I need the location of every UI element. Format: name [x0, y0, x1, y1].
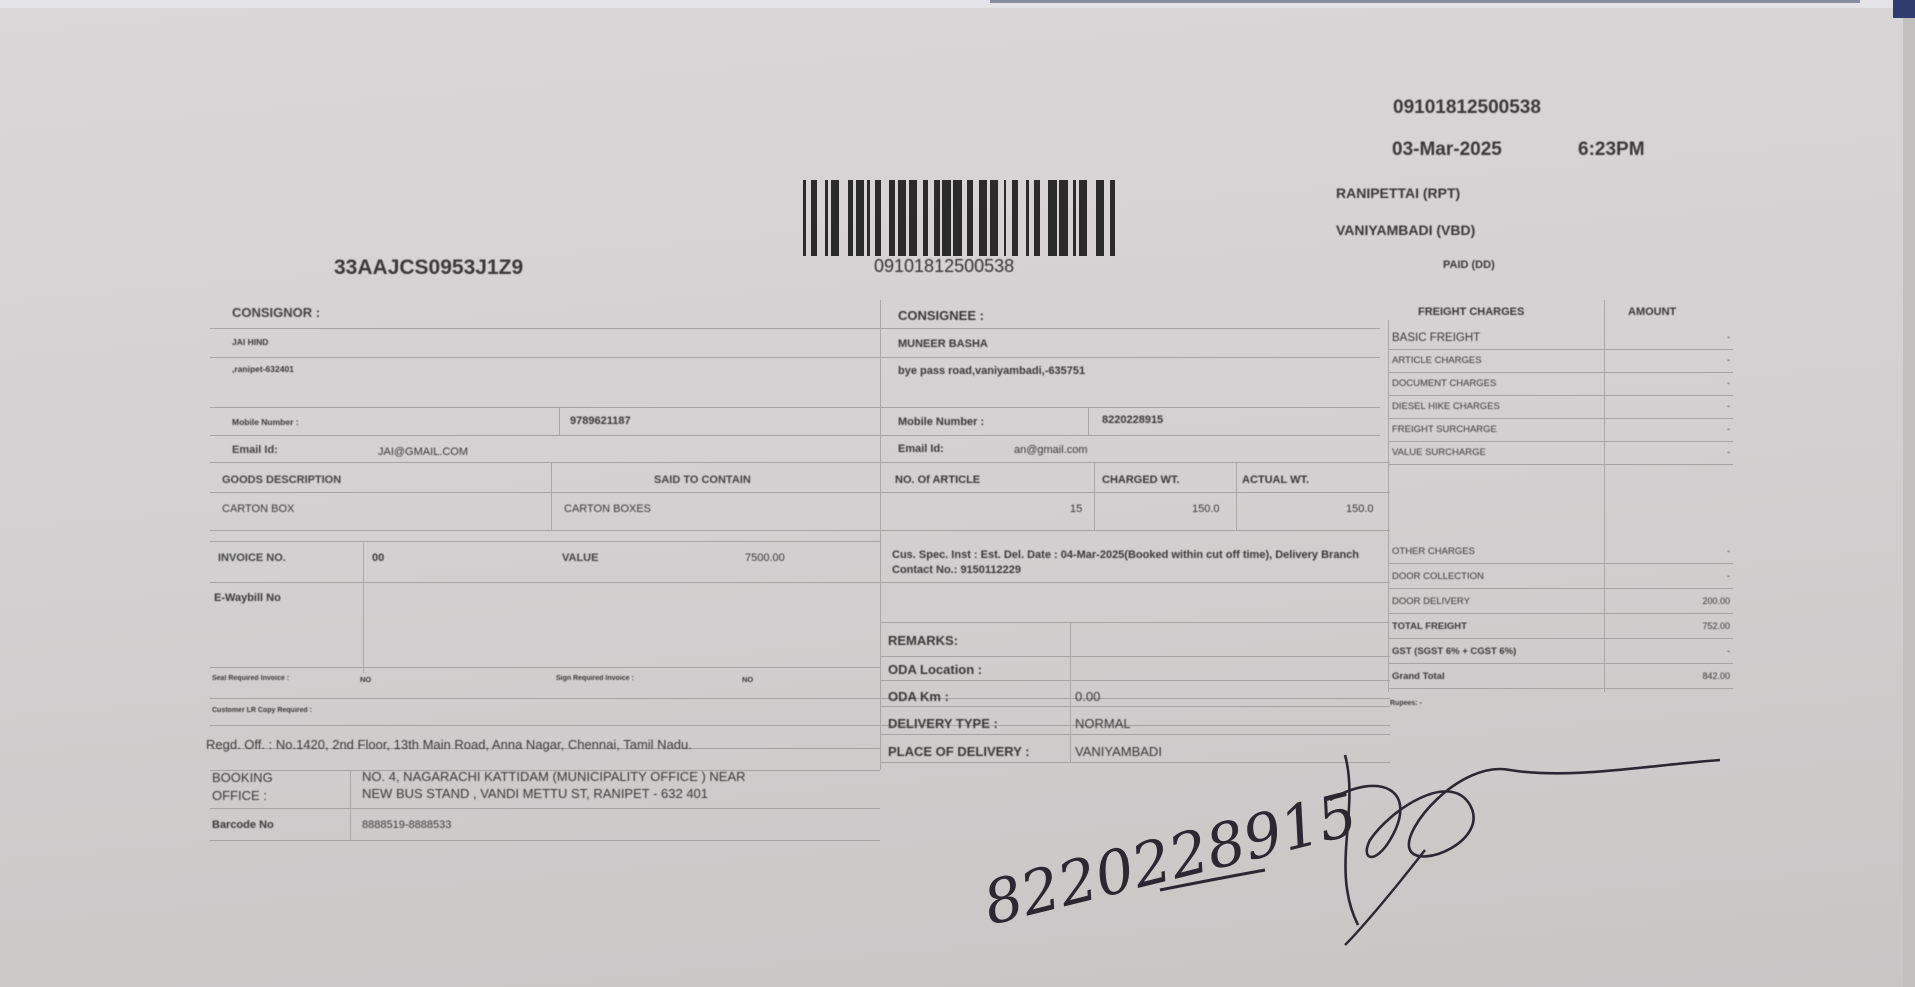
booking-office-line-1: NO. 4, NAGARACHI KATTIDAM (MUNICIPALITY … [362, 769, 746, 784]
said-to-contain: CARTON BOXES [564, 503, 651, 515]
oda-km-label: ODA Km : [888, 689, 949, 704]
remarks-label: REMARKS: [888, 633, 958, 648]
consignor-name: JAI HIND [232, 337, 268, 347]
charge-amount: - [1650, 401, 1730, 411]
charge-amount: 842.00 [1650, 671, 1730, 681]
charge-amount: - [1650, 378, 1730, 388]
charge-label: FREIGHT SURCHARGE [1392, 424, 1497, 435]
consignor-email-label: Email Id: [232, 444, 278, 456]
charge-label: DOCUMENT CHARGES [1392, 378, 1496, 389]
actual-weight-label: ACTUAL WT. [1242, 474, 1309, 486]
consignor-email: JAI@GMAIL.COM [378, 446, 468, 458]
oda-km: 0.00 [1075, 689, 1100, 704]
booking-office-label-2: OFFICE : [212, 788, 267, 803]
charge-label: DIESEL HIKE CHARGES [1392, 401, 1500, 412]
articles-label: NO. Of ARTICLE [895, 474, 980, 486]
value-label: VALUE [562, 552, 598, 564]
special-instructions: Cus. Spec. Inst : Est. Del. Date : 04-Ma… [892, 548, 1372, 578]
lr-number: 09101812500538 [1393, 97, 1541, 119]
charge-amount: - [1650, 571, 1730, 581]
lr-document: 09101812500538 03-Mar-2025 6:23PM RANIPE… [0, 0, 1915, 987]
invoice-no-label: INVOICE NO. [218, 552, 286, 564]
amount-header: AMOUNT [1628, 306, 1676, 318]
charge-amount: - [1650, 447, 1730, 457]
barcode-no-label: Barcode No [212, 819, 274, 831]
from-station: RANIPETTAI (RPT) [1336, 185, 1460, 201]
charge-amount: - [1650, 646, 1730, 656]
charge-label: TOTAL FREIGHT [1392, 621, 1467, 632]
ewaybill-label: E-Waybill No [214, 592, 281, 604]
charge-amount: - [1650, 355, 1730, 365]
charge-amount: - [1650, 424, 1730, 434]
charge-amount: - [1650, 332, 1730, 342]
consignee-mobile-label: Mobile Number : [898, 416, 984, 428]
freight-charges-header: FREIGHT CHARGES [1418, 306, 1524, 318]
charge-label: BASIC FREIGHT [1392, 332, 1480, 344]
delivery-type-label: DELIVERY TYPE : [888, 716, 998, 731]
top-rule [990, 0, 1860, 3]
charged-weight: 150.0 [1192, 503, 1220, 515]
svg-text:8220228915: 8220228915 [977, 779, 1364, 939]
charge-label: VALUE SURCHARGE [1392, 447, 1486, 458]
regd-office: Regd. Off. : No.1420, 2nd Floor, 13th Ma… [206, 737, 692, 752]
gstin: 33AAJCS0953J1Z9 [334, 256, 523, 280]
consignee-mobile: 8220228915 [1102, 414, 1163, 426]
consignee-name: MUNEER BASHA [898, 338, 988, 350]
invoice-value: 7500.00 [745, 552, 785, 564]
goods-description-label: GOODS DESCRIPTION [222, 474, 341, 486]
consignor-title: CONSIGNOR : [232, 305, 320, 320]
handwritten-signature: 8220228915 [950, 730, 1750, 980]
payment-mode: PAID (DD) [1443, 259, 1495, 271]
charge-label: DOOR COLLECTION [1392, 571, 1484, 582]
goods-description: CARTON BOX [222, 503, 294, 515]
consignee-email: an@gmail.com [1014, 444, 1088, 456]
corner-background [1893, 0, 1915, 18]
charge-label: ARTICLE CHARGES [1392, 355, 1482, 366]
invoice-no: 00 [372, 552, 384, 564]
charged-weight-label: CHARGED WT. [1102, 474, 1180, 486]
said-to-contain-label: SAID TO CONTAIN [654, 474, 751, 486]
charge-label: GST (SGST 6% + CGST 6%) [1392, 646, 1516, 657]
consignor-address: ,ranipet-632401 [232, 364, 294, 374]
actual-weight: 150.0 [1346, 503, 1374, 515]
consignee-title: CONSIGNEE : [898, 308, 984, 323]
oda-location-label: ODA Location : [888, 662, 982, 677]
paper-edge-shadow [1903, 18, 1915, 987]
seal-required: NO [360, 675, 371, 684]
sign-required: NO [742, 675, 753, 684]
booking-date: 03-Mar-2025 [1392, 139, 1502, 161]
consignee-email-label: Email Id: [898, 443, 944, 455]
delivery-type: NORMAL [1075, 716, 1131, 731]
seal-required-label: Seal Required Invoice : [212, 675, 289, 682]
to-station: VANIYAMBADI (VBD) [1336, 222, 1475, 238]
charge-label: DOOR DELIVERY [1392, 596, 1470, 607]
charge-amount: 200.00 [1650, 596, 1730, 606]
booking-time: 6:23PM [1578, 139, 1645, 161]
consignee-address: bye pass road,vaniyambadi,-635751 [898, 365, 1085, 377]
consignor-mobile-label: Mobile Number : [232, 417, 299, 427]
barcode-no: 8888519-8888533 [362, 819, 451, 831]
charge-amount: - [1650, 546, 1730, 556]
barcode-image [803, 180, 1121, 256]
charge-label: OTHER CHARGES [1392, 546, 1475, 557]
charge-label: Grand Total [1392, 671, 1445, 682]
barcode-number: 09101812500538 [874, 256, 1014, 277]
rupees-in-words: Rupees: - [1390, 700, 1422, 707]
articles-count: 15 [1070, 503, 1082, 515]
charge-amount: 752.00 [1650, 621, 1730, 631]
booking-office-line-2: NEW BUS STAND , VANDI METTU ST, RANIPET … [362, 786, 708, 801]
sign-required-label: Sign Required Invoice : [556, 675, 634, 682]
lr-copy-required-label: Customer LR Copy Required : [212, 707, 312, 714]
consignor-mobile: 9789621187 [570, 415, 631, 427]
booking-office-label-1: BOOKING [212, 770, 273, 785]
